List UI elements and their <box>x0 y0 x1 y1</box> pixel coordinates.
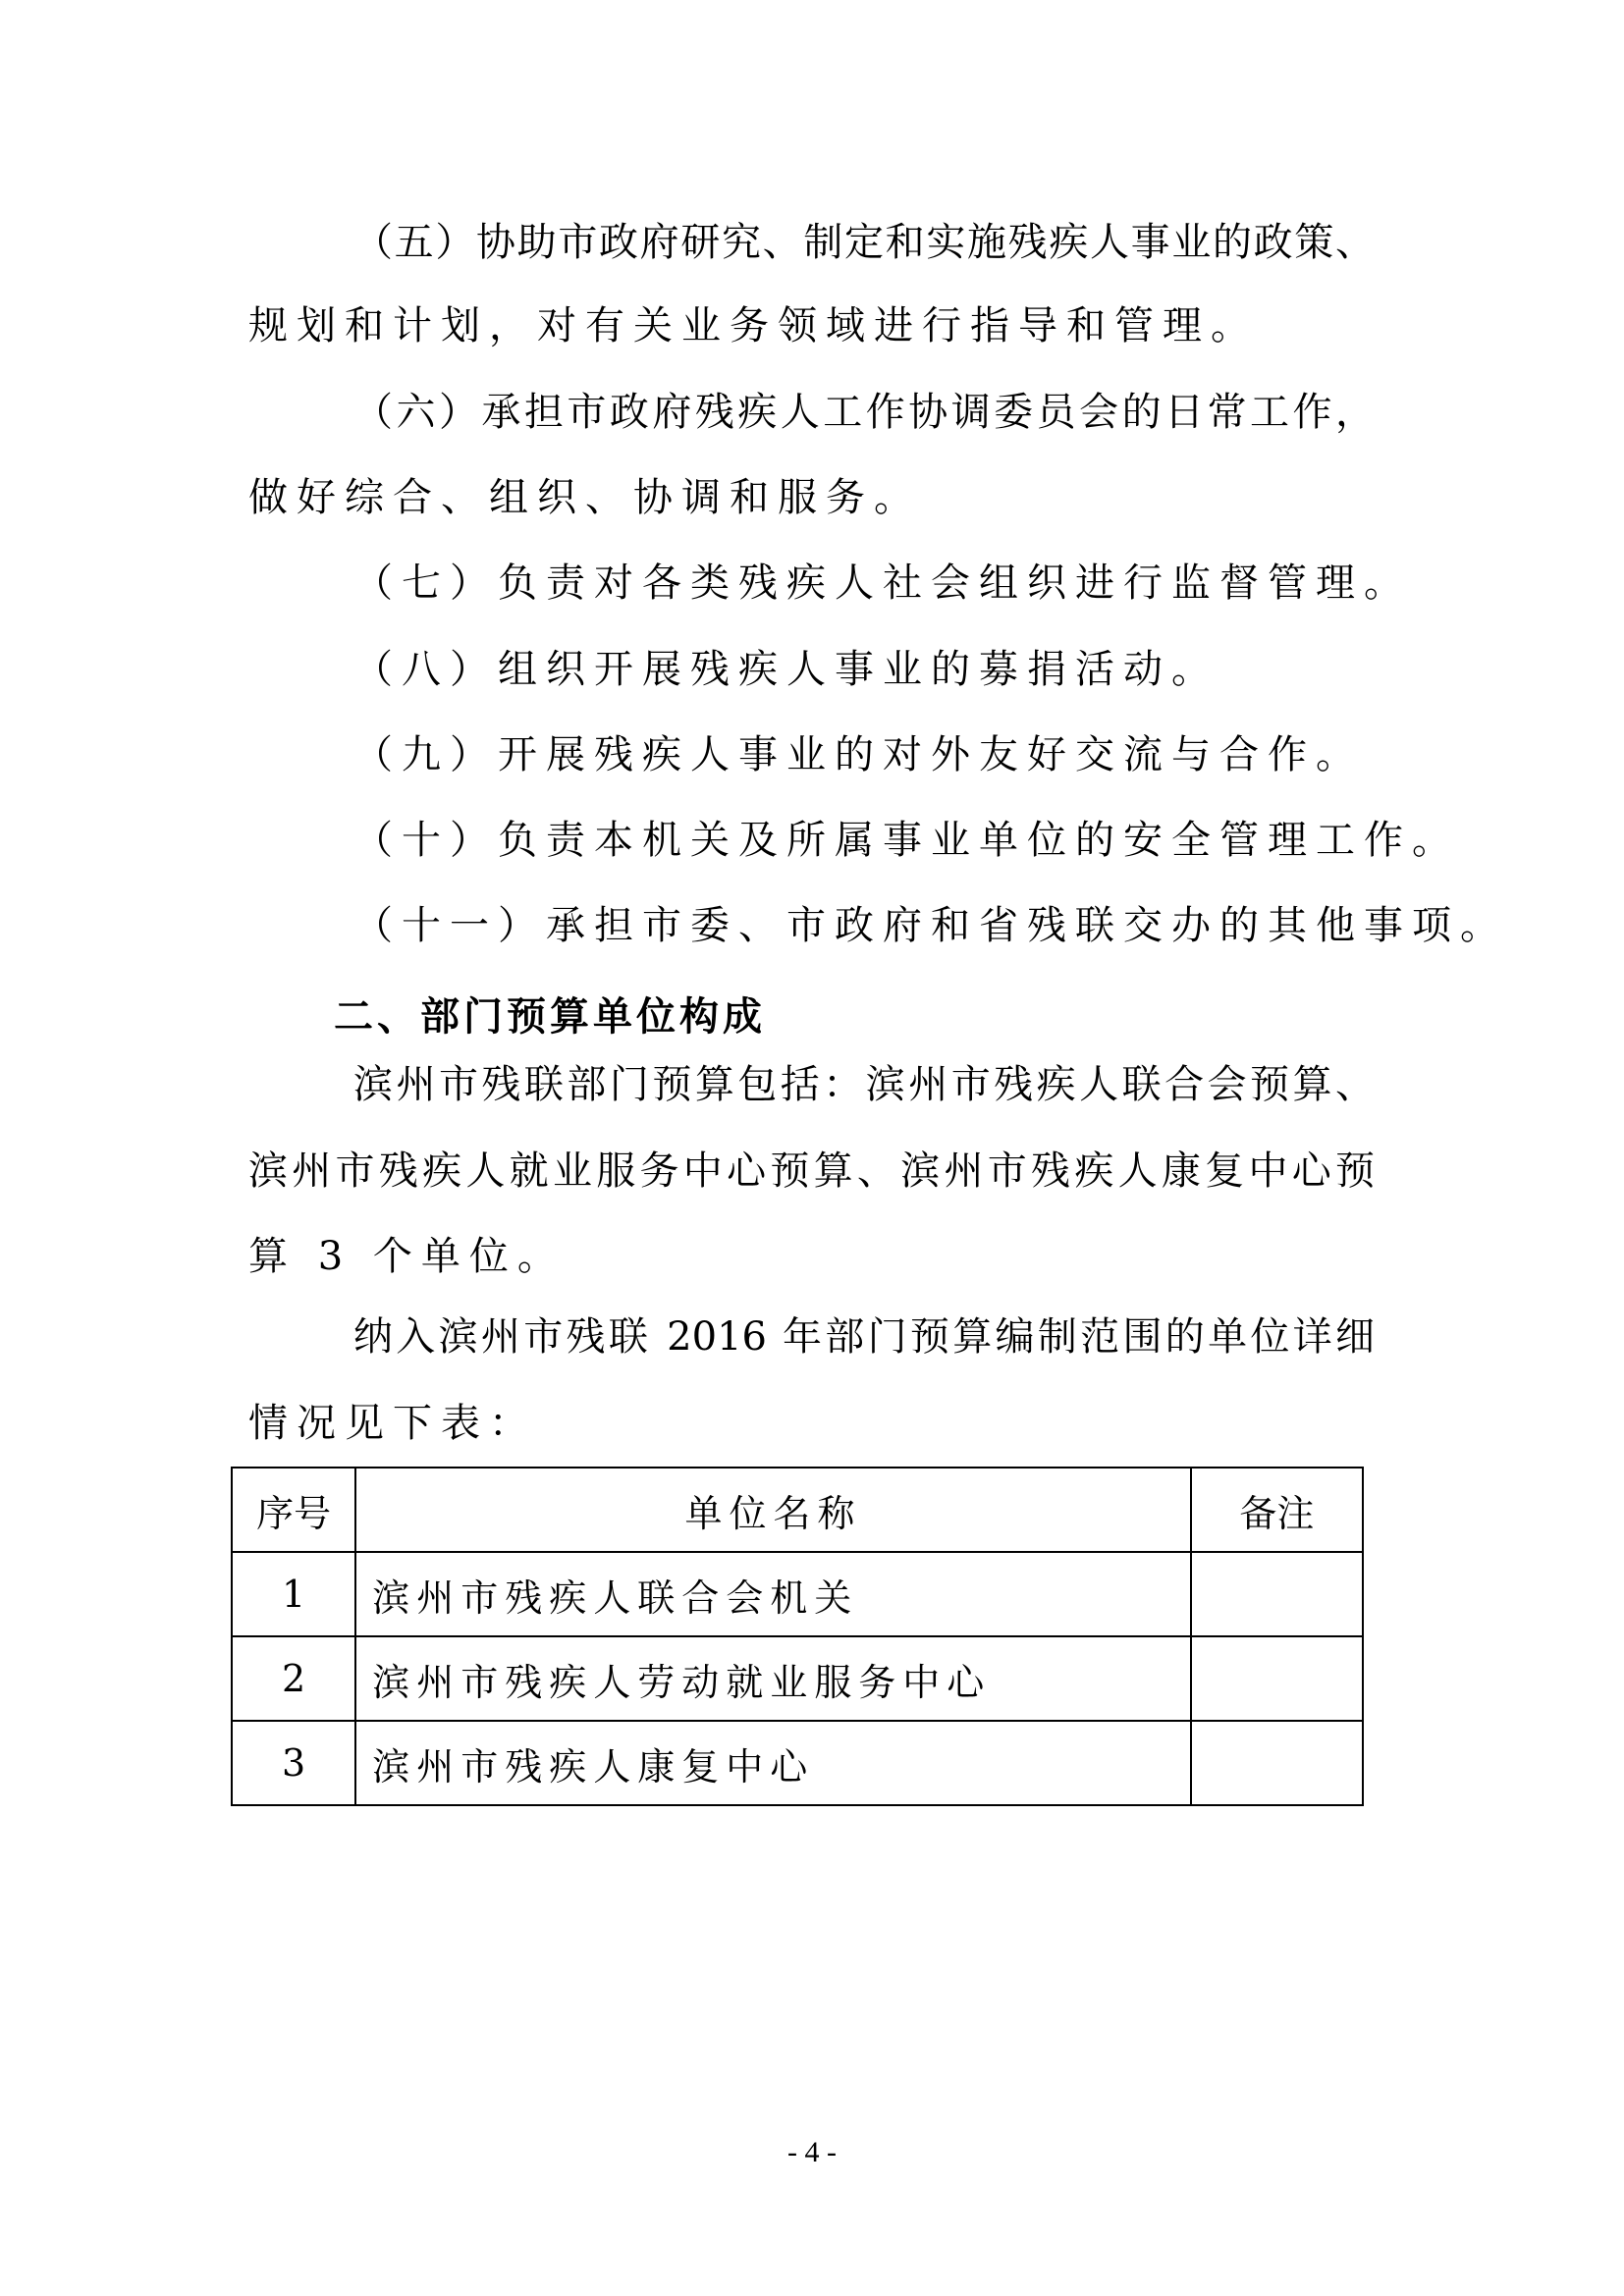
table-row: 3 滨州市残疾人康复中心 <box>232 1721 1363 1805</box>
paragraph-line: 规划和计划，对有关业务领域进行指导和管理。 <box>248 296 1375 355</box>
paragraph-line: 算 3 个单位。 <box>248 1227 1375 1286</box>
paragraph-line: 纳入滨州市残联 2016 年部门预算编制范围的单位详细 <box>353 1308 1375 1366</box>
header-serial-number: 序号 <box>232 1468 355 1552</box>
paragraph-line: 滨州市残疾人就业服务中心预算、滨州市残疾人康复中心预 <box>248 1142 1375 1201</box>
table-row: 2 滨州市残疾人劳动就业服务中心 <box>232 1636 1363 1721</box>
cell-remarks <box>1191 1721 1363 1805</box>
table-header-row: 序号 单位名称 备注 <box>232 1468 1363 1552</box>
paragraph-line: （十）负责本机关及所属事业单位的安全管理工作。 <box>353 811 1375 870</box>
paragraph-line: （六）承担市政府残疾人工作协调委员会的日常工作， <box>353 383 1375 442</box>
paragraph-line: （八）组织开展残疾人事业的募捐活动。 <box>353 640 1375 699</box>
units-table: 序号 单位名称 备注 1 滨州市残疾人联合会机关 2 滨州市残疾人劳动就业服务中… <box>231 1467 1364 1806</box>
cell-unit-name: 滨州市残疾人康复中心 <box>355 1721 1190 1805</box>
cell-unit-name: 滨州市残疾人联合会机关 <box>355 1552 1190 1636</box>
cell-remarks <box>1191 1636 1363 1721</box>
paragraph-line: 做好综合、组织、协调和服务。 <box>248 468 1375 527</box>
paragraph-line: （七）负责对各类残疾人社会组织进行监督管理。 <box>353 554 1375 613</box>
paragraph-line: （五）协助市政府研究、制定和实施残疾人事业的政策、 <box>353 213 1375 272</box>
paragraph-line: 情况见下表： <box>248 1394 1375 1453</box>
page-number: - 4 - <box>0 2136 1624 2169</box>
cell-serial-number: 3 <box>232 1721 355 1805</box>
paragraph-line: （十一）承担市委、市政府和省残联交办的其他事项。 <box>353 896 1375 955</box>
header-unit-name: 单位名称 <box>355 1468 1190 1552</box>
paragraph-line: 滨州市残联部门预算包括：滨州市残疾人联合会预算、 <box>353 1055 1375 1114</box>
cell-unit-name: 滨州市残疾人劳动就业服务中心 <box>355 1636 1190 1721</box>
paragraph-line: （九）开展残疾人事业的对外友好交流与合作。 <box>353 725 1375 784</box>
cell-serial-number: 2 <box>232 1636 355 1721</box>
section-heading: 二、部门预算单位构成 <box>334 988 766 1046</box>
header-remarks: 备注 <box>1191 1468 1363 1552</box>
table-row: 1 滨州市残疾人联合会机关 <box>232 1552 1363 1636</box>
cell-remarks <box>1191 1552 1363 1636</box>
cell-serial-number: 1 <box>232 1552 355 1636</box>
